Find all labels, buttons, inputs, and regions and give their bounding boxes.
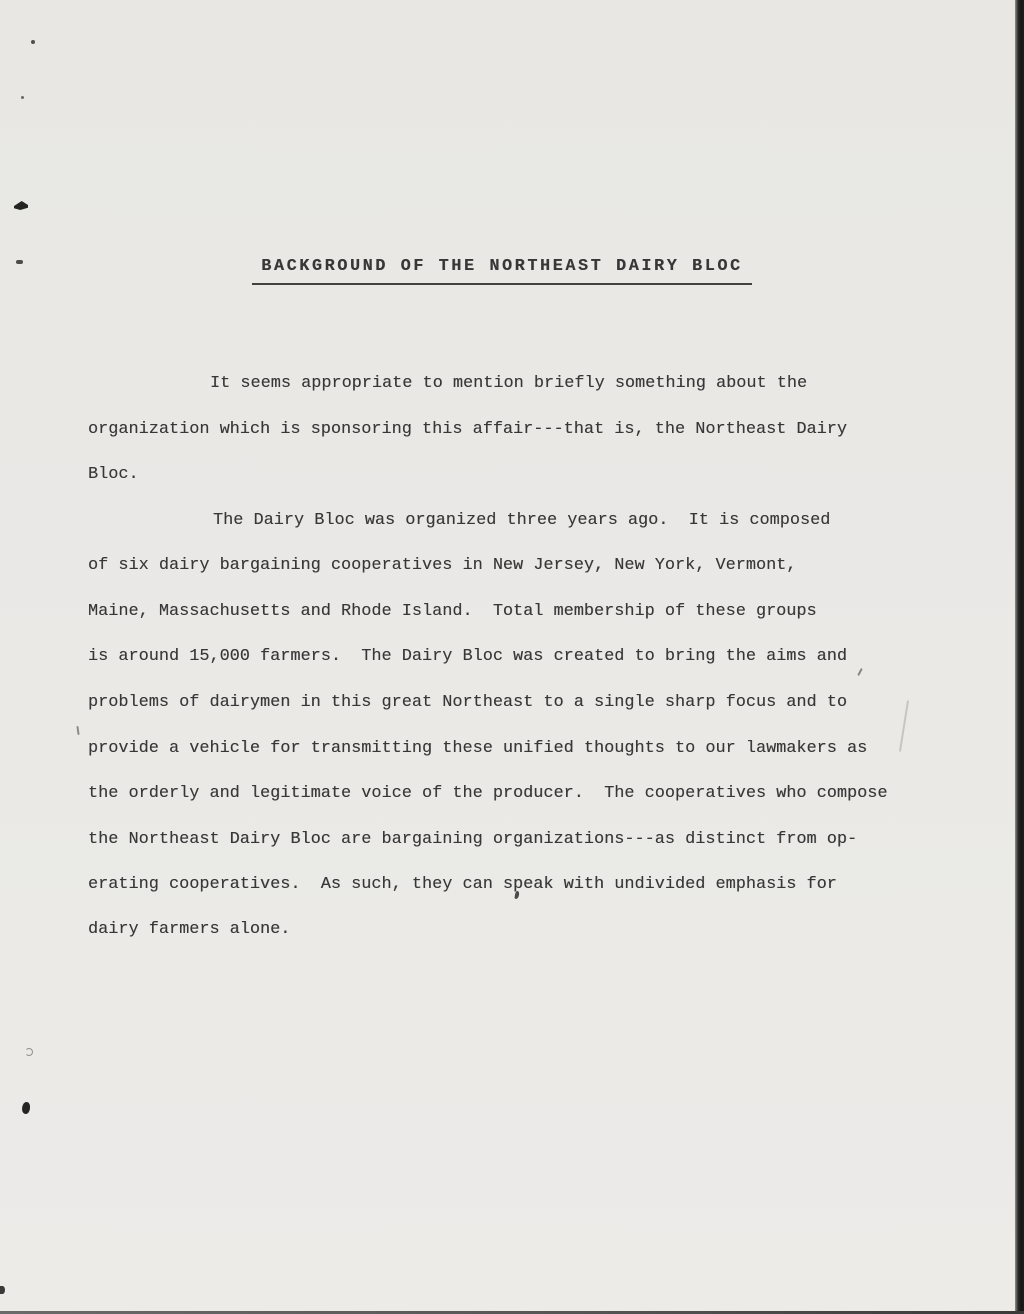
body-line: Bloc. (88, 464, 139, 486)
body-line: It seems appropriate to mention briefly … (210, 373, 807, 395)
scan-blot (22, 1102, 30, 1114)
body-line: the Northeast Dairy Bloc are bargaining … (88, 829, 857, 851)
scanned-document-page: BACKGROUND OF THE NORTHEAST DAIRY BLOC I… (0, 0, 1024, 1314)
scan-speck (21, 96, 24, 99)
body-line: Maine, Massachusetts and Rhode Island. T… (88, 601, 817, 623)
body-line: of six dairy bargaining cooperatives in … (88, 555, 796, 577)
body-line: dairy farmers alone. (88, 919, 290, 941)
body-line: the orderly and legitimate voice of the … (88, 783, 888, 805)
body-line: organization which is sponsoring this af… (88, 419, 847, 441)
body-line: is around 15,000 farmers. The Dairy Bloc… (88, 646, 847, 668)
document-title: BACKGROUND OF THE NORTHEAST DAIRY BLOC (252, 256, 752, 285)
body-line: problems of dairymen in this great North… (88, 692, 847, 714)
scan-squiggle (25, 1048, 33, 1056)
scan-speck (0, 1286, 5, 1294)
scan-blot (14, 201, 28, 210)
stray-comma-mark (514, 891, 519, 900)
scan-speck (76, 726, 79, 735)
body-line: erating cooperatives. As such, they can … (88, 874, 837, 896)
body-line: provide a vehicle for transmitting these… (88, 738, 867, 760)
scan-speck (31, 40, 35, 44)
body-line: The Dairy Bloc was organized three years… (213, 510, 830, 532)
scan-speck (857, 668, 863, 676)
scan-scratch (899, 700, 909, 752)
scan-speck (16, 260, 23, 264)
scan-edge-right (1015, 0, 1024, 1314)
